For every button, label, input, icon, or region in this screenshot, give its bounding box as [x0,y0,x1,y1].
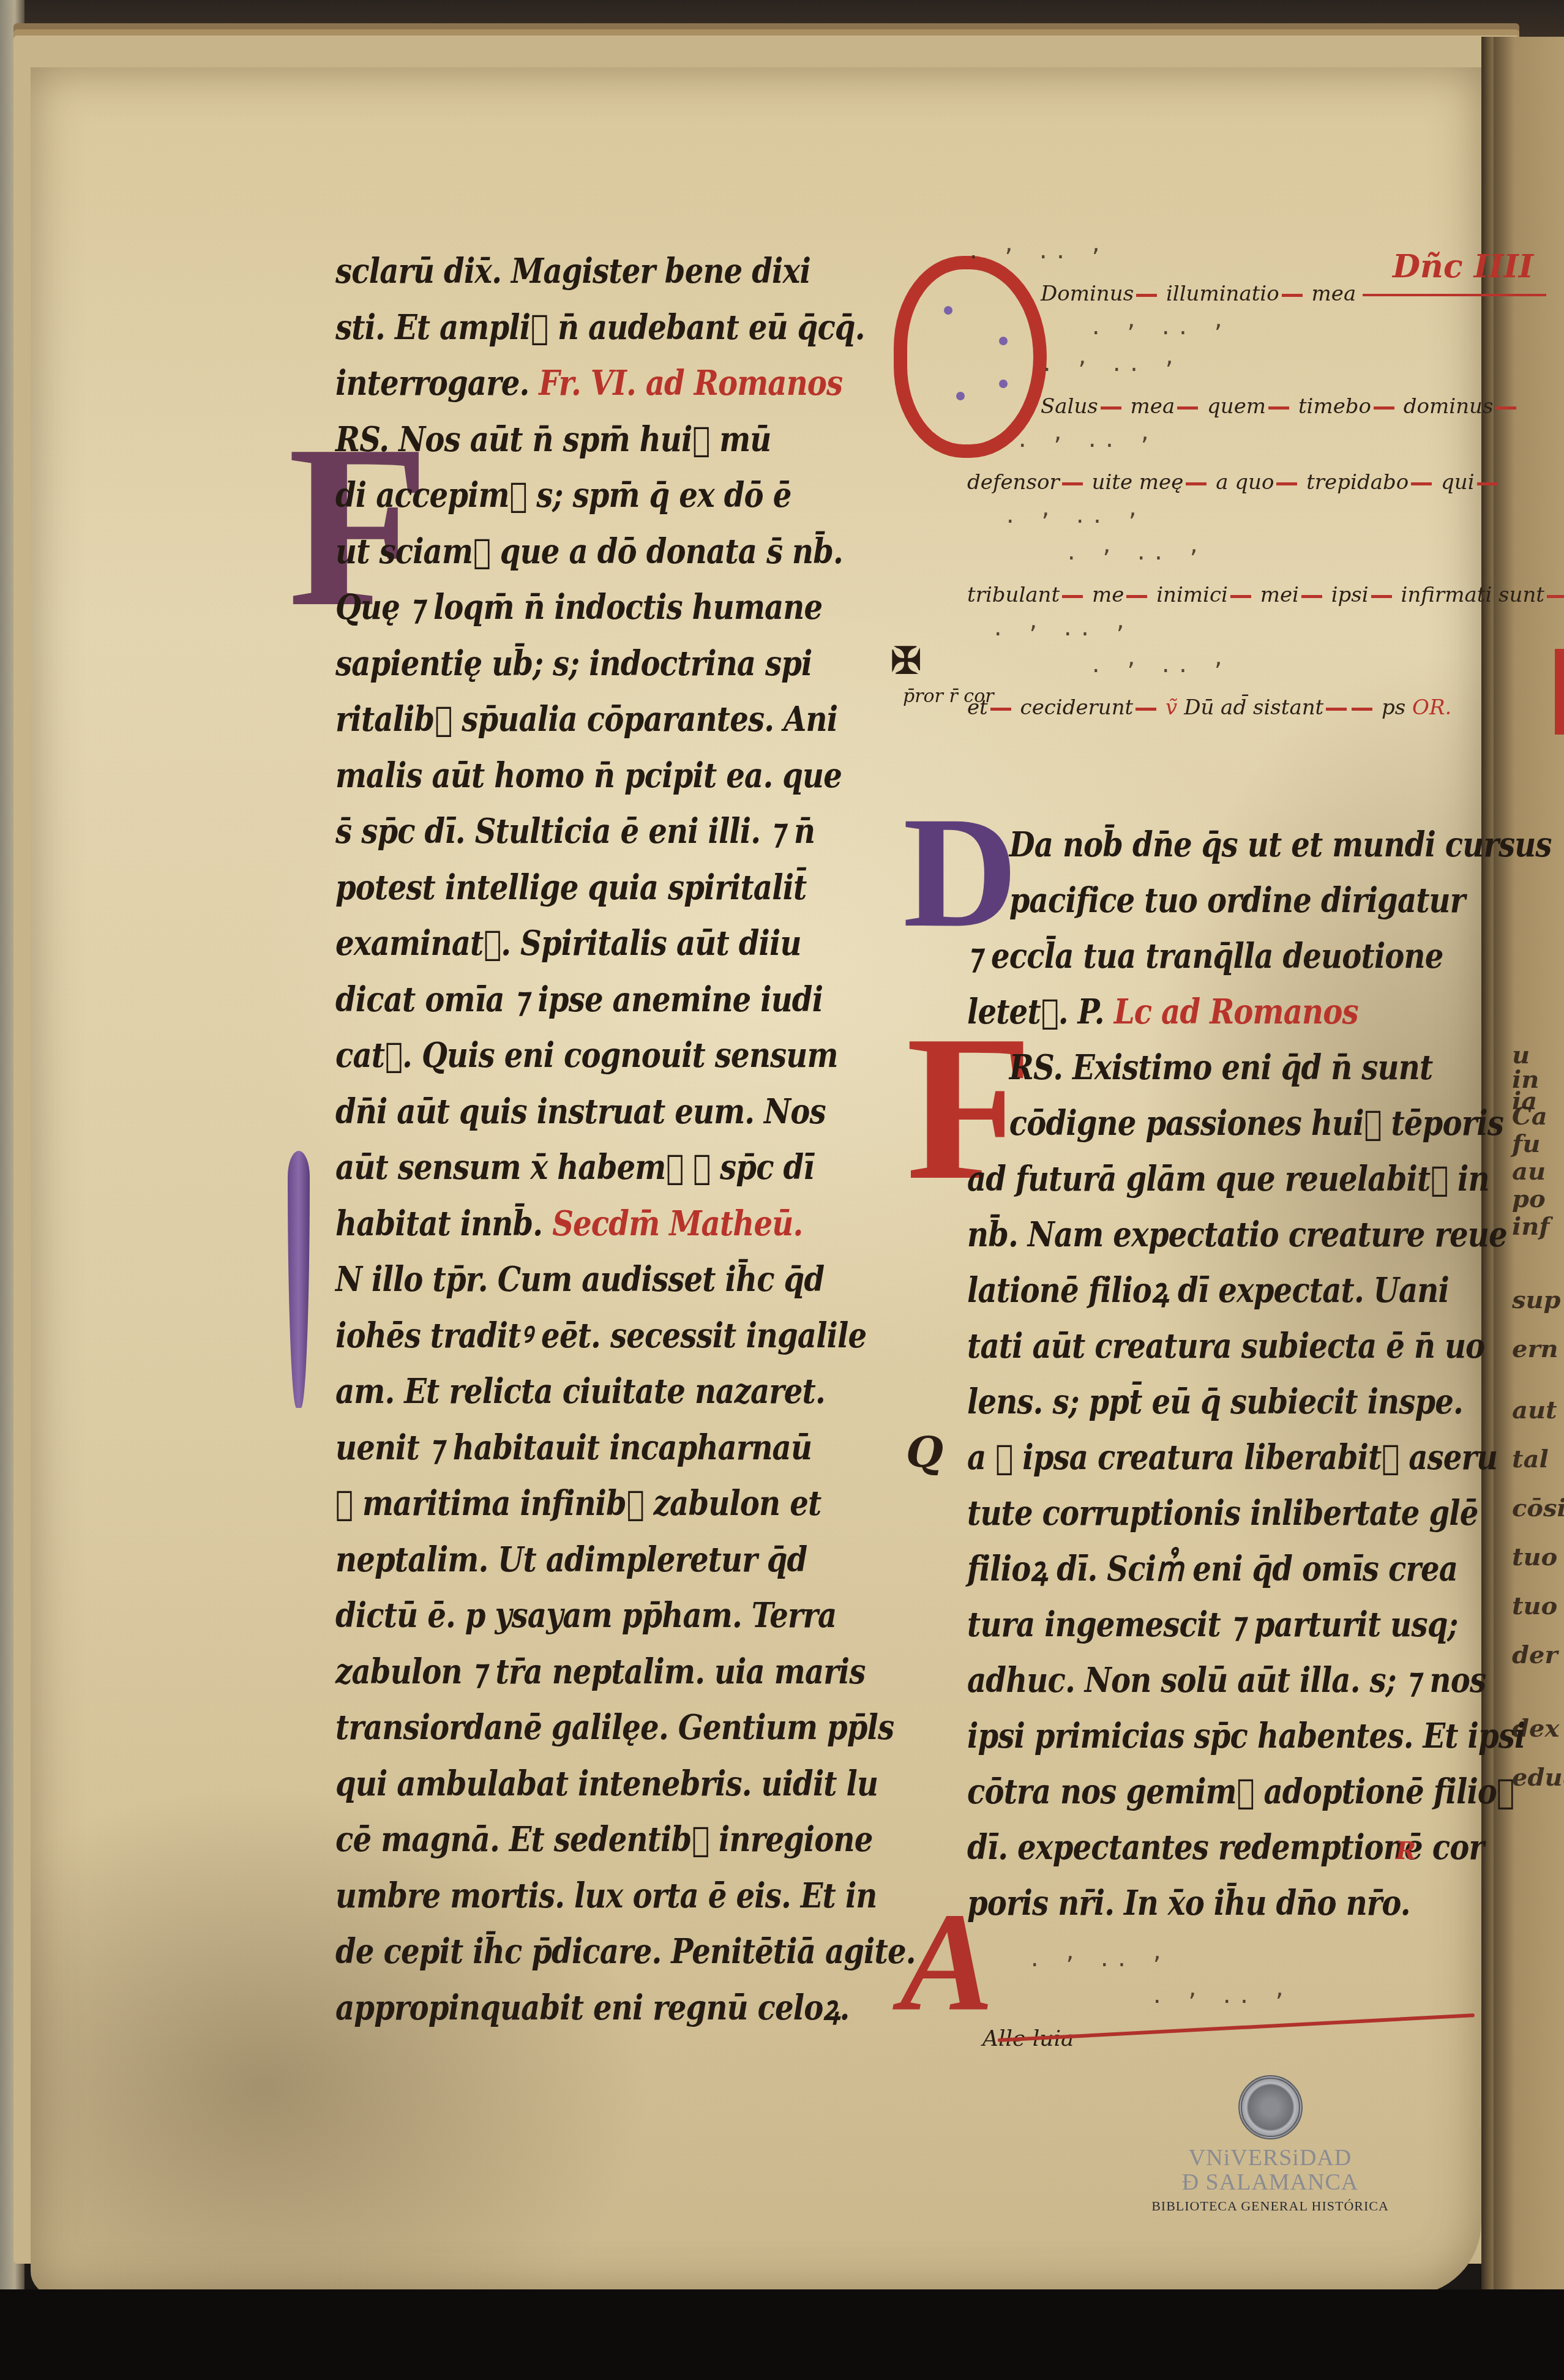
facing-page-text: cōsi [1512,1494,1564,1522]
text-line: cōtra nos gemim᷒ adoptionē filioꝝ [967,1764,1399,1820]
text-line: neptalim. Ut adimpleretur q̄d [335,1532,809,1589]
facing-page-text: tuo [1512,1543,1557,1571]
facing-page-text: eduq [1512,1763,1564,1792]
red-rule [1363,294,1546,296]
text-line: zabulon ⁊ tr̄a neptalim. uia maris [335,1644,809,1701]
neume-row: · ʼ ·· ʼ [967,433,1469,470]
ornament-dot [956,392,965,400]
facing-page-text: au [1512,1157,1546,1186]
watermark-line-3: BIBLIOTECA GENERAL HISTÓRICA [1132,2198,1408,2214]
chant-lyric-line: Dominus illuminatio mea [967,282,1469,321]
facing-page-text: tal [1512,1445,1549,1473]
neume-row: · ʼ ·· ʼ [967,509,1469,546]
watermark-line-1: VNiVERSiDAD [1132,2146,1408,2170]
text-line: ⁊ maritima infinib᷒ zabulon et [335,1476,809,1532]
text-line: cat᷑. Quis eni cognouit sensum [335,1028,809,1084]
neume-row: · ʼ ·· ʼ [967,245,1469,282]
text-line: ut sciam᷒ que a dō donata s̄ nb̄. [335,524,809,580]
chant-lyric-line: Salus mea quem timebo dominus [967,394,1469,433]
dark-background-bottom [0,2289,1564,2380]
neume-row: · ʼ ·· ʼ [967,321,1469,357]
chant-notation-block: · ʼ ·· ʼ Dominus illuminatio mea · ʼ ·· … [967,245,1469,735]
text-line: ad futurā glām que reuelabit᷑ in [967,1151,1399,1207]
text-line: potest intellige quia spiritalit̄ [335,860,809,916]
text-line: uenit ⁊ habitauit incapharnaū [335,1420,809,1476]
facing-page-text: po [1512,1184,1546,1213]
facing-page-rubric-mark [1555,649,1564,735]
text-line: malis aūt homo n̄ pcipit ea. que [335,748,809,804]
text-line: de cepit ih̄c p̄dicare. Penitētiā agite. [335,1924,809,1980]
text-line: ⁊ eccl̄a tua tranq̄lla deuotione [967,929,1399,984]
cross-icon: ✠ [891,640,921,683]
neume-row: · ʼ ·· ʼ [967,659,1469,695]
text-line: tati aūt creatura subiecta ē n̄ uo [967,1319,1399,1374]
text-line: dictū ē. p ysayam pp̄ham. Terra [335,1588,809,1644]
text-line: sapientię ub̄; s; indoctrina spi [335,636,809,692]
facing-page-text: tuo [1512,1592,1557,1620]
text-line: umbre mortis. lux orta ē eis. Et in [335,1868,809,1925]
facing-page-text: der [1512,1641,1558,1669]
text-line: pacifice tuo ordine dirigatur [967,873,1399,929]
text-line: dn̄i aūt quis instruat eum. Nos [335,1084,809,1140]
margin-mark-Q: Q [906,1426,943,1477]
neume-row: · ʼ ·· ʼ [967,357,1469,394]
library-watermark: VNiVERSiDAD Ð SALAMANCA BIBLIOTECA GENER… [1132,2075,1408,2214]
text-line: qui ambulabat intenebris. uidit lu [335,1756,809,1813]
text-line: nb̄. Nam expectatio creature reue [967,1207,1399,1263]
text-line: cōdigne passiones hui᷒ tēporis [967,1096,1399,1151]
facing-page-text: aut [1512,1396,1557,1424]
decorated-initial-A: A [900,1892,993,2032]
text-line: letet᷑. P. Lc ad Romanos [967,984,1399,1040]
chant-lyric-line: tribulant me inimici mei ipsi infirmati … [967,583,1469,622]
rubric-heading: Fr. VI. ad Romanos [539,363,842,403]
text-line: di accepim᷒ s; spm̄ q̄ ex dō ē [335,468,809,524]
text-line: a ⁊ ipsa creatura liberabit᷑ aseru [967,1430,1399,1486]
facing-page-text: Ca [1512,1102,1547,1131]
text-line: Quę ⁊ loqm̄ n̄ indoctis humane [335,580,809,636]
text-line: lationē filioꝝ dī expectat. Uani [967,1263,1399,1319]
text-line: lens. s; ppt̄ eū q̄ subiecit inspe. [967,1374,1399,1430]
facing-page-text: fu [1512,1129,1540,1158]
text-line: adhuc. Non solū aūt illa. s; ⁊ nos [967,1653,1399,1708]
text-line: dicat omīa ⁊ ipse anemine iudi [335,972,809,1028]
text-line: ipsi primicias sp̄c habentes. Et ipsi [967,1708,1399,1764]
neume-row: · ʼ ·· ʼ [967,622,1469,659]
text-line: tura ingemescit ⁊ parturit usq; [967,1597,1399,1653]
university-seal-icon [1238,2075,1303,2139]
text-line: sti. Et ampli᷒ n̄ audebant eū q̄cq̄. [335,300,809,356]
text-line: tute corruptionis inlibertate glē [967,1486,1399,1541]
text-line: N illo tp̄r. Cum audisset ih̄c q̄d [335,1252,809,1308]
text-line: Da nob̄ dn̄e q̄s ut et mundi cursus [967,817,1399,873]
text-line: appropinquabit eni regnū celoꝝ. [335,1980,809,2037]
text-line: transiordanē galilęe. Gentium pp̄ls [335,1700,809,1756]
facing-page-text: dex [1512,1714,1559,1743]
ornament-dot [944,306,952,315]
neume-row: · ʼ ·· ʼ [1028,1953,1168,1989]
text-line: RS. Nos aūt n̄ spm̄ hui᷒ mū [335,412,809,468]
text-line: ritalib᷒ sp̄ualia cōparantes. Ani [335,692,809,748]
text-line: RS. Existimo eni q̄d n̄ sunt [967,1040,1399,1096]
corrector-note: p̄ror r̄ cor [903,686,994,707]
text-line: habitat innb̄. Secdm̄ Matheū. [335,1196,809,1252]
watermark-line-2: Ð SALAMANCA [1132,2170,1408,2195]
text-line: sclarū dix̄. Magister bene dixi [335,244,809,300]
text-line: cē magnā. Et sedentib᷒ inregione [335,1812,809,1868]
chant-lyric-line: defensor uite meę a quo trepidabo qui [967,470,1469,509]
rubric-heading: Secdm̄ Matheū. [552,1203,803,1244]
facing-page-text: inf [1512,1212,1549,1241]
facing-page-text: ern [1512,1334,1558,1363]
text-line: am. Et relicta ciuitate nazaret. [335,1364,809,1420]
margin-rubric-R: R [1396,1836,1416,1865]
neume-row: · ʼ ·· ʼ [1151,1989,1290,2026]
facing-page-text: sup [1512,1285,1561,1314]
text-line: aūt sensum x̄ habem᷒ ⁊ sp̄c dī [335,1140,809,1196]
text-line: poris nr̄i. In x̄o ih̄u dn̄o nr̄o. [967,1876,1399,1931]
right-text-column: Da nob̄ dn̄e q̄s ut et mundi cursus paci… [967,817,1469,1931]
text-line: iohēs traditꝰ eēt. secessit ingalile [335,1308,809,1364]
left-text-column: sclarū dix̄. Magister bene dixi sti. Et … [335,244,886,2036]
rubric-heading: Lc ad Romanos [1114,992,1358,1032]
text-line: s̄ sp̄c dī. Stulticia ē eni illi. ⁊ n̄ [335,804,809,860]
text-line: examinat᷑. Spiritalis aūt diiu [335,916,809,972]
text-line: dī. expectantes redemptionē cor [967,1820,1399,1876]
text-line: interrogare. Fr. VI. ad Romanos [335,356,809,412]
neume-row: · ʼ ·· ʼ [967,546,1469,583]
chant-lyric-line: et ceciderunt ṽ Dū ad̄ sistant ps OR. [967,695,1469,735]
text-line: filioꝝ dī. Scim᷒ eni q̄d omīs crea [967,1541,1399,1597]
